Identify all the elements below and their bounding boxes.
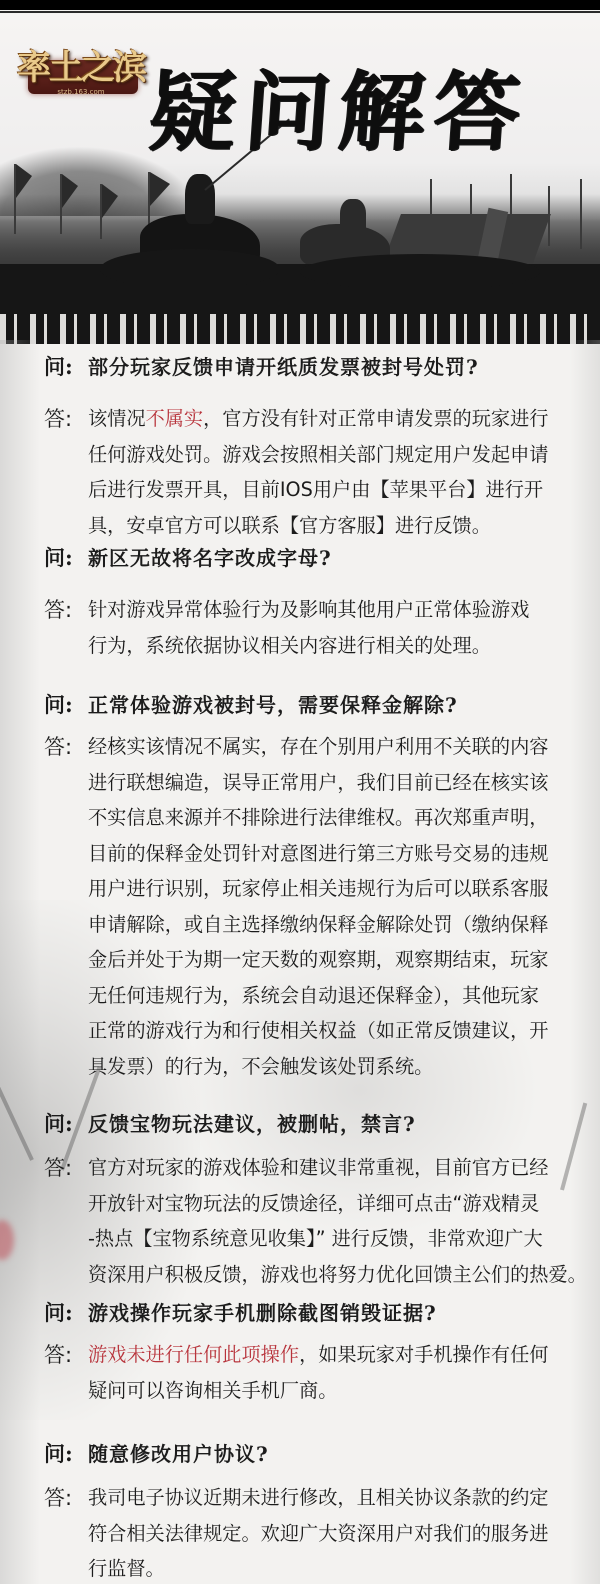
- question-text: 正常体验游戏被封号，需要保释金解除?: [88, 687, 458, 723]
- answer-label: 答:: [44, 1337, 88, 1373]
- answer-row: 答: 游戏未进行任何此项操作，如果玩家对手机操作有任何 疑问可以咨询相关手机厂商…: [44, 1337, 574, 1408]
- logo-url: stzb.163.com: [6, 88, 156, 96]
- answer-row: 答: 该情况不属实，官方没有针对正常申请发票的玩家进行 任何游戏处罚。游戏会按照…: [44, 401, 574, 543]
- answer-label: 答:: [44, 1150, 88, 1186]
- question-row: 问: 游戏操作玩家手机删除截图销毁证据?: [44, 1295, 574, 1331]
- page-title: 疑 问 解 答: [150, 58, 520, 168]
- answer-label: 答:: [44, 1480, 88, 1516]
- war-flag-icon: [16, 164, 32, 198]
- question-label: 问:: [44, 1295, 88, 1331]
- question-row: 问: 部分玩家反馈申请开纸质发票被封号处罚?: [44, 349, 574, 385]
- war-flag-icon: [150, 172, 170, 206]
- answer-row: 答: 官方对玩家的游戏体验和建议非常重视，目前官方已经 开放针对宝物玩法的反馈途…: [44, 1150, 574, 1292]
- answer-text: 针对游戏异常体验行为及影响其他用户正常体验游戏 行为，系统依据协议相关内容进行相…: [88, 592, 558, 663]
- answer-line: 后进行发票开具，目前IOS用户由【苹果平台】进行开: [88, 472, 558, 508]
- logo-text: 率土之滨: [6, 40, 156, 89]
- question-label: 问:: [44, 687, 88, 723]
- top-black-bar: [0, 0, 600, 10]
- title-char: 疑: [147, 70, 239, 156]
- answer-row: 答: 经核实该情况不属实，存在个别用户利用不关联的内容 进行联想编造，误导正常用…: [44, 729, 574, 1084]
- answer-line: 进行联想编造，误导正常用户，我们目前已经在核实该: [88, 765, 558, 801]
- answer-line: 具发票）的行为，不会触发该处罚系统。: [88, 1049, 558, 1085]
- answer-highlight: 不属实: [146, 407, 204, 430]
- answer-line: 游戏未进行任何此项操作，如果玩家对手机操作有任何: [88, 1337, 558, 1373]
- question-text: 反馈宝物玩法建议，被删帖，禁言?: [88, 1106, 416, 1142]
- answer-text: 经核实该情况不属实，存在个别用户利用不关联的内容 进行联想编造，误导正常用户，我…: [88, 729, 558, 1084]
- answer-label: 答:: [44, 401, 88, 437]
- answer-line: 申请解除，或自主选择缴纳保释金解除处罚（缴纳保释: [88, 907, 558, 943]
- ink-splatter-edge: [0, 314, 600, 344]
- ink-splash: [300, 254, 540, 290]
- question-row: 问: 正常体验游戏被封号，需要保释金解除?: [44, 687, 574, 723]
- answer-line: 官方对玩家的游戏体验和建议非常重视，目前官方已经: [88, 1150, 558, 1186]
- background-shade: [570, 340, 600, 1584]
- answer-line: 目前的保释金处罚针对意图进行第三方账号交易的违规: [88, 836, 558, 872]
- question-text: 游戏操作玩家手机删除截图销毁证据?: [88, 1295, 437, 1331]
- answer-line: 符合相关法律规定。欢迎广大资深用户对我们的服务进: [88, 1516, 558, 1552]
- rider-silhouette: [340, 199, 366, 235]
- answer-row: 答: 我司电子协议近期未进行修改，且相关协议条款的约定 符合相关法律规定。欢迎广…: [44, 1480, 574, 1584]
- answer-label: 答:: [44, 592, 88, 628]
- question-row: 问: 反馈宝物玩法建议，被删帖，禁言?: [44, 1106, 574, 1142]
- answer-line: 资深用户积极反馈，游戏也将努力优化回馈主公们的热爱。: [88, 1257, 558, 1293]
- ink-splash: [100, 249, 280, 289]
- question-label: 问:: [44, 540, 88, 576]
- answer-line: 该情况不属实，官方没有针对正常申请发票的玩家进行: [88, 401, 558, 437]
- spear-pole: [580, 179, 582, 249]
- war-flag-icon: [102, 184, 118, 218]
- title-char: 解: [336, 70, 428, 156]
- answer-line: 行为，系统依据协议相关内容进行相关的处理。: [88, 628, 558, 664]
- game-logo: 率土之滨 stzb.163.com: [6, 30, 156, 102]
- answer-line: 我司电子协议近期未进行修改，且相关协议条款的约定: [88, 1480, 558, 1516]
- question-label: 问:: [44, 1106, 88, 1142]
- answer-line: 不实信息来源并不排除进行法律维权。再次郑重声明，: [88, 800, 558, 836]
- title-char: 答: [431, 70, 523, 156]
- faq-item: 问: 部分玩家反馈申请开纸质发票被封号处罚? 答: 该情况不属实，官方没有针对正…: [44, 349, 574, 543]
- answer-line: 用户进行识别，玩家停止相关违规行为后可以联系客服: [88, 871, 558, 907]
- question-row: 问: 随意修改用户协议?: [44, 1436, 574, 1472]
- banner-illustration: 率土之滨 stzb.163.com 疑 问 解 答: [0, 14, 600, 344]
- faq-item: 问: 新区无故将名字改成字母? 答: 针对游戏异常体验行为及影响其他用户正常体验…: [44, 540, 574, 663]
- question-text: 新区无故将名字改成字母?: [88, 540, 332, 576]
- war-flag-icon: [62, 174, 78, 208]
- answer-line: 开放针对宝物玩法的反馈途径，详细可点击“游戏精灵: [88, 1186, 558, 1222]
- answer-line: 具，安卓官方可以联系【官方客服】进行反馈。: [88, 508, 558, 544]
- question-label: 问:: [44, 349, 88, 385]
- faq-item: 问: 正常体验游戏被封号，需要保释金解除? 答: 经核实该情况不属实，存在个别用…: [44, 687, 574, 1084]
- faq-poster: 率土之滨 stzb.163.com 疑 问 解 答 问: 部分玩家反馈申请开纸质…: [0, 0, 600, 1584]
- question-text: 随意修改用户协议?: [88, 1436, 269, 1472]
- answer-line: 行监督。: [88, 1551, 558, 1584]
- title-char: 问: [242, 70, 334, 156]
- faq-item: 问: 游戏操作玩家手机删除截图销毁证据? 答: 游戏未进行任何此项操作，如果玩家…: [44, 1295, 574, 1408]
- answer-text: 游戏未进行任何此项操作，如果玩家对手机操作有任何 疑问可以咨询相关手机厂商。: [88, 1337, 558, 1408]
- rider-silhouette: [185, 174, 215, 224]
- answer-line: 针对游戏异常体验行为及影响其他用户正常体验游戏: [88, 592, 558, 628]
- answer-segment: ，如果玩家对手机操作有任何: [299, 1343, 548, 1366]
- faq-item: 问: 反馈宝物玩法建议，被删帖，禁言? 答: 官方对玩家的游戏体验和建议非常重视…: [44, 1106, 574, 1292]
- answer-line: 正常的游戏行为和行使相关权益（如正常反馈建议，开: [88, 1013, 558, 1049]
- question-row: 问: 新区无故将名字改成字母?: [44, 540, 574, 576]
- answer-text: 我司电子协议近期未进行修改，且相关协议条款的约定 符合相关法律规定。欢迎广大资深…: [88, 1480, 558, 1584]
- answer-line: 任何游戏处罚。游戏会按照相关部门规定用户发起申请: [88, 437, 558, 473]
- answer-text: 该情况不属实，官方没有针对正常申请发票的玩家进行 任何游戏处罚。游戏会按照相关部…: [88, 401, 558, 543]
- top-divider: [0, 11, 600, 13]
- faq-item: 问: 随意修改用户协议? 答: 我司电子协议近期未进行修改，且相关协议条款的约定…: [44, 1436, 574, 1584]
- answer-segment: 该情况: [88, 407, 146, 430]
- answer-line: 金后并处于为期一定天数的观察期，观察期结束，玩家: [88, 942, 558, 978]
- question-label: 问:: [44, 1436, 88, 1472]
- answer-line: 无任何违规行为，系统会自动退还保释金），其他玩家: [88, 978, 558, 1014]
- answer-segment: ，官方没有针对正常申请发票的玩家进行: [203, 407, 548, 430]
- answer-highlight: 游戏未进行任何此项操作: [88, 1343, 299, 1366]
- answer-text: 官方对玩家的游戏体验和建议非常重视，目前官方已经 开放针对宝物玩法的反馈途径，详…: [88, 1150, 558, 1292]
- answer-line: -热点【宝物系统意见收集】” 进行反馈，非常欢迎广大: [88, 1221, 558, 1257]
- answer-label: 答:: [44, 729, 88, 765]
- answer-row: 答: 针对游戏异常体验行为及影响其他用户正常体验游戏 行为，系统依据协议相关内容…: [44, 592, 574, 663]
- question-text: 部分玩家反馈申请开纸质发票被封号处罚?: [88, 349, 479, 385]
- answer-line: 疑问可以咨询相关手机厂商。: [88, 1373, 558, 1409]
- answer-line: 经核实该情况不属实，存在个别用户利用不关联的内容: [88, 729, 558, 765]
